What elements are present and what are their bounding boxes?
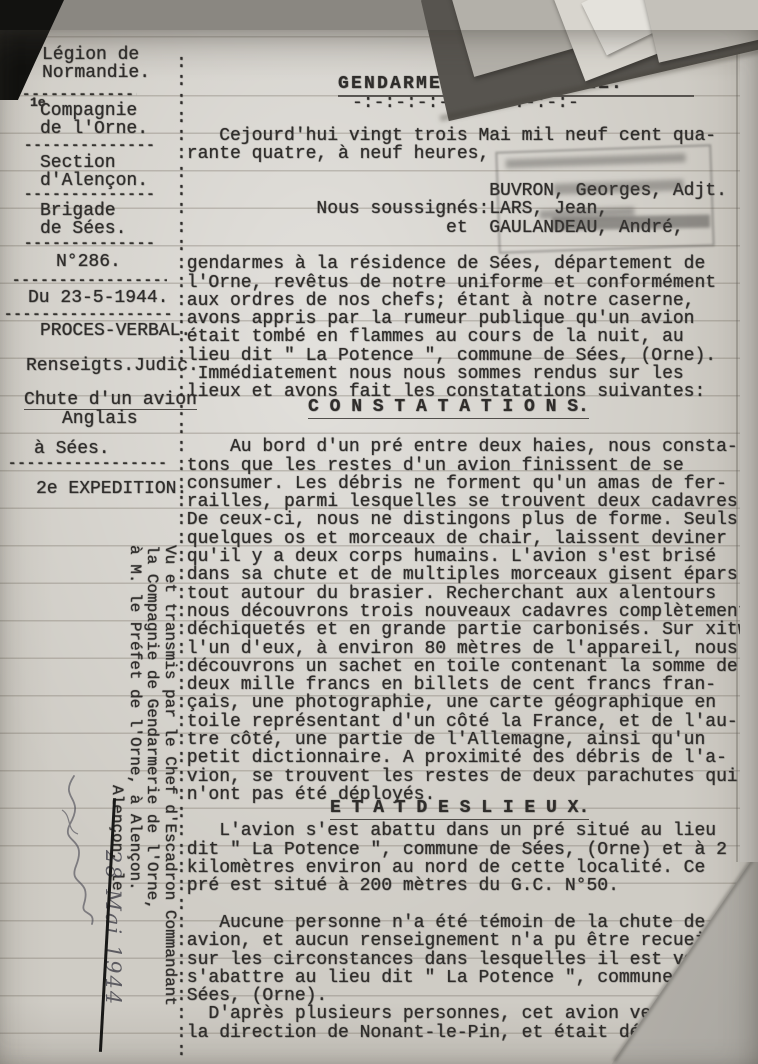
margin-item-section: Section d'Alençon. [40,154,148,190]
margin-item-number: N°286. [56,253,121,271]
stamp-smudge [506,153,686,168]
margin-item-compagnie: Compagnie de l'Orne. [40,102,148,138]
margin-item-objet-line1: Chute d'un avion [24,391,197,410]
stamp-smudge [553,179,683,195]
margin-item-expedition: 2e EXPEDITION. [36,480,187,498]
margin-divider: ---------------------------- [4,308,174,322]
margin-item-proces-verbal: PROCES-VERBAL. [40,322,191,340]
ink-stamp [495,144,714,253]
margin-divider: ---------------------------- [8,457,168,471]
margin-item-renseignements: Renseigts.Judic. [26,357,199,375]
margin-divider: ---------------------------- [24,188,156,202]
margin-item-date: Du 23-5-1944. [28,289,168,307]
objet-underlined: Chute d'un avion [24,391,197,410]
margin-divider: ---------------------------- [24,237,154,251]
scanned-document: GENDARMERIE NATIONALE. -:-:-:-:-:-:-:-:-… [0,0,758,1064]
margin-item-objet-line2: Anglais [62,410,138,428]
margin-item-brigade: Brigade de Sées. [40,202,126,238]
signature-scribble [52,770,122,930]
margin-item-lieu: à Sées. [34,440,110,458]
stamp-smudge-band [552,215,710,231]
margin-divider: ---------------------------- [24,139,154,153]
page-edge-seam [736,30,738,862]
adjacent-page-edge [740,30,758,862]
margin-item-legion: Légion de Normandie. [42,46,150,82]
margin-divider: ---------------------------- [12,274,167,288]
